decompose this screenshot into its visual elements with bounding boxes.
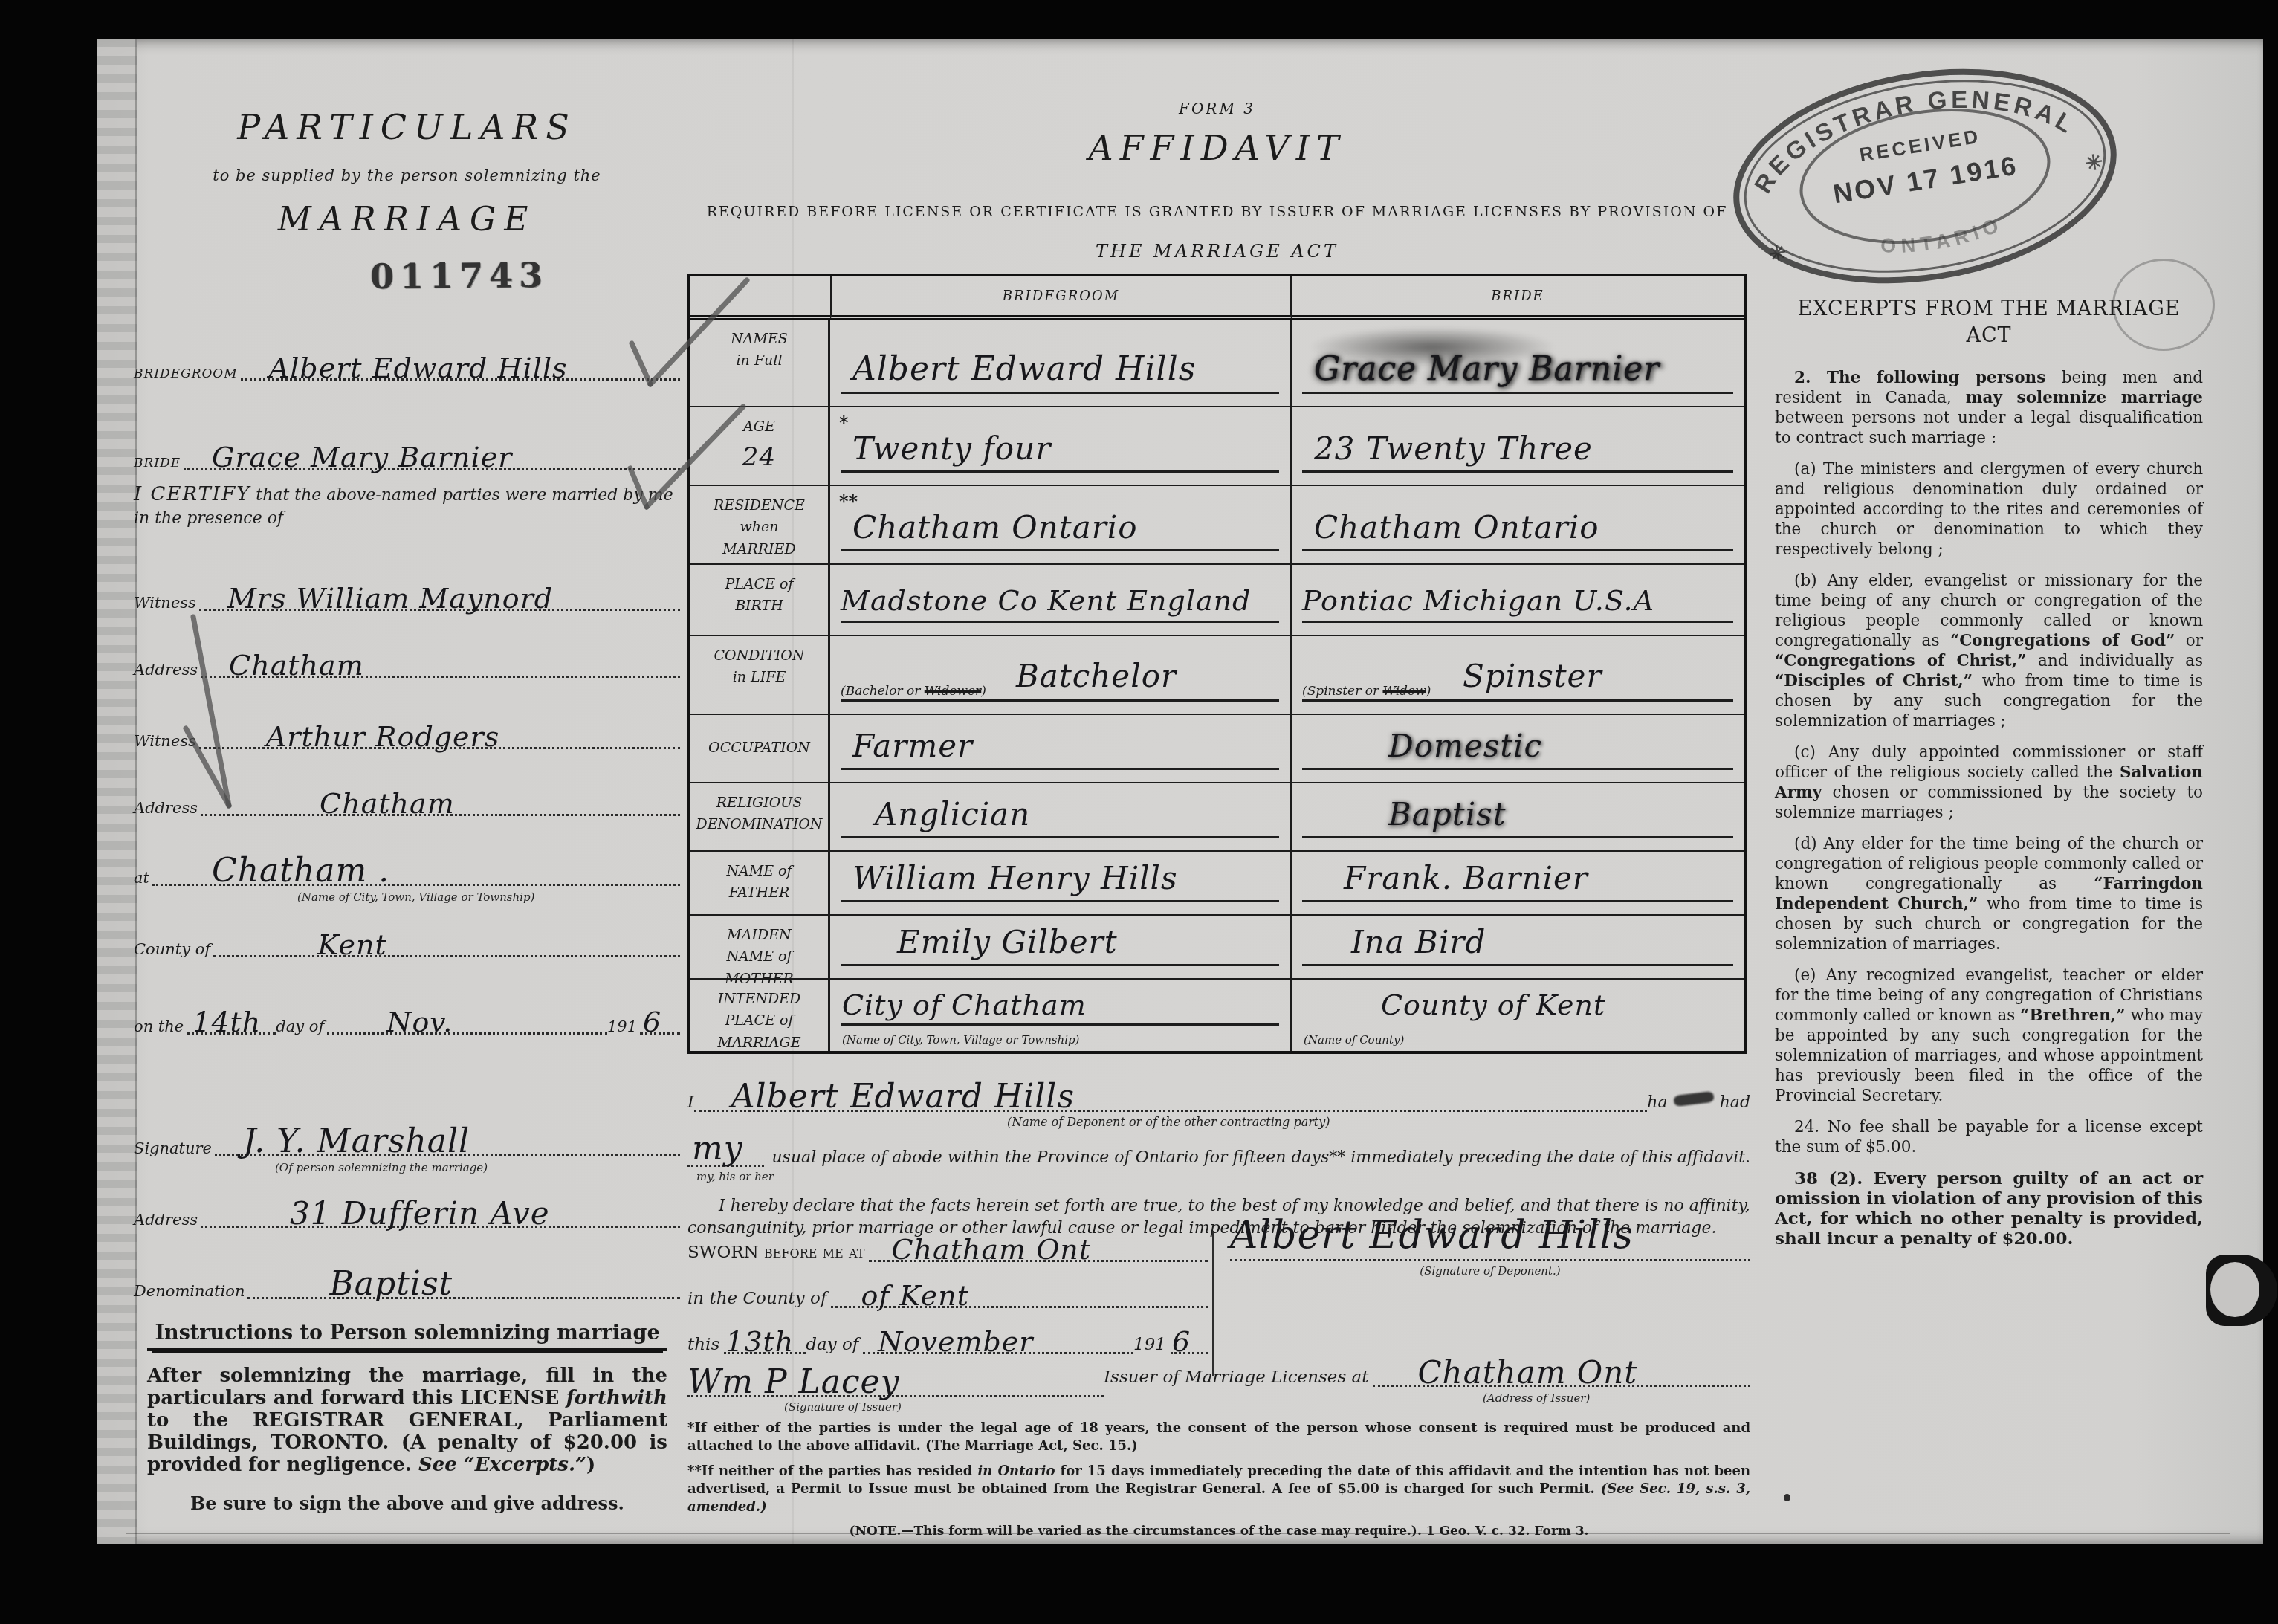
certify-statement: I CERTIFY that the above-named parties w… bbox=[134, 482, 680, 530]
pencil-stroke bbox=[632, 343, 650, 384]
certify-lead: I CERTIFY bbox=[134, 483, 250, 505]
at-label: at bbox=[134, 870, 152, 886]
bride-field: BRIDE Grace Mary Barnier bbox=[134, 434, 680, 470]
dotted-line: J. Y. Marshall bbox=[215, 1119, 680, 1156]
cell-residence-bridegroom: ** Chatham Ontario bbox=[830, 486, 1292, 565]
table-header-bridegroom: BRIDEGROOM bbox=[830, 276, 1292, 320]
dotted-line: Chatham . bbox=[152, 848, 680, 886]
pencil-stroke bbox=[630, 468, 647, 507]
handwritten-value: Albert Edward Hills bbox=[852, 350, 1196, 388]
denomination-label: Denomination bbox=[134, 1284, 247, 1299]
ink-scribble bbox=[1673, 1091, 1714, 1107]
cell-names-bridegroom: Albert Edward Hills bbox=[830, 320, 1292, 407]
witness1-label: Witness bbox=[134, 595, 199, 611]
year-handwritten: 6 bbox=[643, 1006, 661, 1038]
writing-line bbox=[841, 549, 1279, 551]
dotted-line: Wm P Lacey bbox=[687, 1355, 1104, 1397]
label-line: NAME of bbox=[726, 946, 792, 968]
label-line: CONDITION bbox=[714, 645, 805, 667]
dotted-line: 14th bbox=[187, 997, 276, 1035]
text-run: ) bbox=[1426, 684, 1431, 699]
pencil-checkmarks bbox=[617, 262, 766, 529]
cell-caption: (Name of City, Town, Village or Township… bbox=[842, 1033, 1079, 1046]
day-handwritten: 13th bbox=[725, 1325, 794, 1358]
dotted-line: November bbox=[863, 1312, 1133, 1354]
handwritten-value: County of Kent bbox=[1381, 989, 1605, 1021]
label-line: FATHER bbox=[729, 882, 790, 904]
dotted-line: Chatham bbox=[201, 640, 680, 678]
row-label-religion: RELIGIOUS DENOMINATION bbox=[690, 783, 830, 852]
label-line: INTENDED bbox=[718, 989, 801, 1010]
writing-line bbox=[1302, 392, 1733, 394]
abode-line: my usual place of abode within the Provi… bbox=[687, 1139, 1750, 1167]
month-handwritten: November bbox=[878, 1325, 1033, 1358]
cell-age-bridegroom: * Twenty four bbox=[830, 407, 1292, 486]
county-handwritten: Kent bbox=[317, 928, 387, 961]
label-line: BIRTH bbox=[735, 595, 783, 617]
label-line: DENOMINATION bbox=[696, 814, 823, 835]
row-label-condition: CONDITION in LIFE bbox=[690, 636, 830, 715]
label-line: RELIGIOUS bbox=[716, 792, 803, 814]
footnote-2: **If neither of the parties has resided … bbox=[687, 1463, 1750, 1516]
handwritten-value: Ina Bird bbox=[1351, 924, 1486, 960]
writing-line bbox=[841, 470, 1279, 473]
cell-birth-bridegroom: Madstone Co Kent England bbox=[830, 565, 1292, 636]
text-run: **If neither of the parties has resided bbox=[687, 1463, 977, 1479]
issuer-label: Issuer of Marriage Licenses at bbox=[1104, 1368, 1373, 1387]
handwritten-value: Madstone Co Kent England bbox=[841, 584, 1251, 617]
abode-printed-text: usual place of abode within the Province… bbox=[764, 1148, 1750, 1167]
text-run: forthwith bbox=[566, 1387, 667, 1409]
text-run: “Congregations of Christ,” bbox=[1775, 652, 2027, 670]
row-label-occupation: OCCUPATION bbox=[690, 715, 830, 783]
cell-caption: (Name of County) bbox=[1304, 1033, 1404, 1046]
cell-intended-bride: County of Kent (Name of County) bbox=[1292, 980, 1744, 1051]
pencil-stroke bbox=[650, 280, 747, 384]
deponent-signature: Albert Edward Hills bbox=[1230, 1213, 1634, 1258]
stamp-star-right: ✳ bbox=[2084, 150, 2105, 175]
at-handwritten: Chatham . bbox=[212, 852, 389, 890]
bridegroom-field-label: BRIDEGROOM bbox=[134, 368, 241, 381]
deponent-signature-area: Albert Edward Hills (Signature of Depone… bbox=[1230, 1213, 1750, 1278]
month-handwritten: Nov. bbox=[386, 1006, 453, 1038]
cell-mother-bride: Ina Bird bbox=[1292, 916, 1744, 980]
label-line: NAME of bbox=[726, 861, 792, 882]
row-label-mother: MAIDEN NAME of MOTHER bbox=[690, 916, 830, 980]
deponent-handwritten-name: Albert Edward Hills bbox=[731, 1078, 1075, 1116]
issuer-address-handwritten: Chatham Ont bbox=[1417, 1354, 1637, 1391]
pencil-stroke bbox=[647, 407, 743, 507]
issuer-address-line: Issuer of Marriage Licenses at Chatham O… bbox=[1104, 1345, 1750, 1387]
writing-line bbox=[1302, 900, 1733, 902]
instructions-body: After solemnizing the marriage, fill in … bbox=[147, 1365, 667, 1476]
punch-hole-inner bbox=[2210, 1262, 2259, 1317]
cell-age-bride: 23 Twenty Three bbox=[1292, 407, 1744, 486]
issuer-address-caption: (Address of Issuer) bbox=[1483, 1391, 1590, 1405]
dotted-line: Kent bbox=[213, 919, 680, 957]
handwritten-value: Batchelor bbox=[1016, 658, 1177, 694]
text-run: chosen or commissioned by the society to… bbox=[1775, 783, 2203, 822]
at-field: at Chatham . bbox=[134, 850, 680, 886]
serial-number-stamp: 011743 bbox=[370, 255, 549, 297]
handwritten-value: Pontiac Michigan U.S.A bbox=[1302, 584, 1654, 617]
writing-line bbox=[841, 621, 1279, 623]
writing-line bbox=[841, 768, 1279, 770]
footnotes-block: *If either of the parties is under the l… bbox=[687, 1420, 1750, 1539]
cell-condition-bridegroom: (Bachelor or Widower) Batchelor bbox=[830, 636, 1292, 715]
label-line: MAIDEN bbox=[727, 925, 791, 946]
cell-occupation-bridegroom: Farmer bbox=[830, 715, 1292, 783]
address2-handwritten: Chatham bbox=[320, 787, 455, 820]
cell-mother-bridegroom: Emily Gilbert bbox=[830, 916, 1292, 980]
date-field: on the 14th day of Nov. 191 6 bbox=[134, 999, 680, 1035]
marriage-act-line: THE MARRIAGE ACT bbox=[687, 241, 1747, 262]
this-label: this bbox=[687, 1335, 724, 1354]
text-run: “Disciples of Christ,” bbox=[1775, 672, 1973, 690]
address3-field: Address 31 Dufferin Ave bbox=[134, 1192, 680, 1228]
deponent-caption: (Name of Deponent or of the other contra… bbox=[1007, 1115, 1750, 1129]
excerpt-paragraph-2: 2. The following persons being men and r… bbox=[1775, 368, 2203, 448]
text-run: “Congregations of God” bbox=[1950, 632, 2175, 650]
torn-page-edge bbox=[97, 39, 137, 1544]
affidavit-title: AFFIDAVIT bbox=[687, 128, 1747, 168]
i-label: I bbox=[687, 1093, 694, 1112]
document-page: PARTICULARS to be supplied by the person… bbox=[97, 39, 2263, 1544]
address3-handwritten: 31 Dufferin Ave bbox=[290, 1195, 550, 1232]
signature-caption: (Of person solemnizing the marriage) bbox=[275, 1161, 488, 1174]
ha-had-segment: hahad bbox=[1647, 1093, 1750, 1112]
label-line: MARRIED bbox=[722, 539, 795, 560]
at-caption: (Name of City, Town, Village or Township… bbox=[297, 890, 534, 904]
witness2-handwritten: Arthur Rodgers bbox=[266, 720, 499, 753]
handwritten-value: Domestic bbox=[1388, 728, 1542, 764]
witness1-field: Witness Mrs William Maynord bbox=[134, 575, 680, 611]
printed-note: (Spinster or Widow) bbox=[1302, 684, 1431, 699]
text-run: between persons not under a legal disqua… bbox=[1775, 409, 2203, 447]
dotted-line: Chatham Ont bbox=[869, 1226, 1208, 1262]
address3-label: Address bbox=[134, 1212, 201, 1228]
text-run: (Bachelor or bbox=[841, 684, 925, 699]
excerpt-paragraph-a: (a) The ministers and clergymen of every… bbox=[1775, 459, 2203, 560]
county-field: County of Kent bbox=[134, 922, 680, 957]
stamp-star-left: ✳ bbox=[1767, 241, 1788, 266]
signature-label: Signature bbox=[134, 1141, 215, 1156]
issuer-signature-line: Wm P Lacey bbox=[687, 1357, 1104, 1397]
row-label-father: NAME of FATHER bbox=[690, 852, 830, 916]
dotted-line: Arthur Rodgers bbox=[199, 711, 680, 749]
dotted-line bbox=[1230, 1259, 1750, 1261]
cell-birth-bride: Pontiac Michigan U.S.A bbox=[1292, 565, 1744, 636]
writing-line bbox=[1302, 699, 1733, 702]
writing-line bbox=[1302, 549, 1733, 551]
handwritten-value: City of Chatham bbox=[842, 989, 1087, 1021]
county-label: County of bbox=[134, 942, 213, 957]
sworn-label: SWORN before me at bbox=[687, 1243, 869, 1262]
handwritten-value: Spinster bbox=[1463, 658, 1602, 694]
day-of-label: day of bbox=[276, 1019, 327, 1035]
writing-line bbox=[841, 964, 1279, 966]
ink-speck bbox=[1784, 1494, 1790, 1501]
denomination-field: Denomination Baptist bbox=[134, 1264, 680, 1299]
cell-residence-bride: Chatham Ontario bbox=[1292, 486, 1744, 565]
instructions-block: Instructions to Person solemnizing marri… bbox=[147, 1321, 667, 1514]
bride-handwritten-name: Grace Mary Barnier bbox=[212, 441, 512, 473]
excerpts-column: EXCERPTS FROM THE MARRIAGE ACT 2. The fo… bbox=[1775, 296, 2203, 1260]
sworn-county-line: in the County of of Kent bbox=[687, 1269, 1208, 1308]
my-his-her-caption: my, his or her bbox=[696, 1170, 1750, 1183]
issuer-signature-caption: (Signature of Issuer) bbox=[784, 1400, 1750, 1414]
dotted-line: Nov. bbox=[327, 997, 607, 1035]
county-handwritten: of Kent bbox=[861, 1279, 969, 1312]
dotted-line: Mrs William Maynord bbox=[199, 573, 680, 611]
row-label-intended: INTENDED PLACE of MARRIAGE bbox=[690, 980, 830, 1051]
handwritten-value: Farmer bbox=[852, 728, 973, 764]
sign-reminder: Be sure to sign the above and give addre… bbox=[147, 1492, 667, 1514]
text-run: or bbox=[2175, 632, 2203, 650]
year-prefix: 191 bbox=[607, 1019, 640, 1035]
excerpt-paragraph-e: (e) Any recognized evangelist, teacher o… bbox=[1775, 965, 2203, 1106]
cell-names-bride: Grace Mary Barnier bbox=[1292, 320, 1744, 407]
cell-occupation-bride: Domestic bbox=[1292, 715, 1744, 783]
bride-field-label: BRIDE bbox=[134, 457, 184, 470]
cell-father-bridegroom: William Henry Hills bbox=[830, 852, 1292, 916]
handwritten-value: William Henry Hills bbox=[852, 860, 1178, 896]
handwritten-value: Twenty four bbox=[852, 430, 1051, 467]
denomination-handwritten: Baptist bbox=[329, 1265, 453, 1303]
text-run: ha bbox=[1647, 1093, 1667, 1112]
text-run: had bbox=[1720, 1093, 1750, 1112]
writing-line bbox=[841, 1023, 1279, 1026]
table-header-bride: BRIDE bbox=[1292, 276, 1744, 320]
writing-line bbox=[841, 900, 1279, 902]
text-run: See “Excerpts.” bbox=[418, 1454, 586, 1476]
signature-field: Signature J. Y. Marshall bbox=[134, 1121, 680, 1156]
handwritten-value: Emily Gilbert bbox=[897, 924, 1118, 960]
dotted-line: Albert Edward Hills bbox=[694, 1071, 1648, 1112]
writing-line bbox=[841, 392, 1279, 394]
my-handwritten: my bbox=[692, 1130, 743, 1168]
form-number: FORM 3 bbox=[687, 100, 1747, 117]
marriage-title: MARRIAGE bbox=[134, 201, 680, 239]
cell-intended-bridegroom: City of Chatham (Name of City, Town, Vil… bbox=[830, 980, 1292, 1051]
handwritten-value: Chatham Ontario bbox=[852, 509, 1138, 546]
dotted-line: Albert Edward Hills bbox=[241, 343, 680, 381]
row-label-birth: PLACE of BIRTH bbox=[690, 565, 830, 636]
handwritten-value: Baptist bbox=[1388, 796, 1507, 832]
cell-religion-bride: Baptist bbox=[1292, 783, 1744, 852]
dotted-line: Chatham bbox=[201, 778, 680, 816]
pencil-checkmark-left bbox=[171, 611, 253, 834]
cell-father-bride: Frank. Barnier bbox=[1292, 852, 1744, 916]
sworn-block: SWORN before me at Chatham Ont in the Co… bbox=[687, 1228, 1750, 1421]
writing-line bbox=[841, 699, 1279, 702]
handwritten-value: 23 Twenty Three bbox=[1314, 430, 1593, 467]
sworn-at-line: SWORN before me at Chatham Ont bbox=[687, 1228, 1208, 1262]
label-line: OCCUPATION bbox=[708, 737, 810, 759]
handwritten-value: Anglician bbox=[875, 796, 1030, 832]
handwritten-value: Frank. Barnier bbox=[1344, 860, 1588, 896]
excerpt-paragraph-24: 24. No fee shall be payable for a licens… bbox=[1775, 1117, 2203, 1157]
excerpt-paragraph-38: 38 (2). Every person guilty of an act or… bbox=[1775, 1168, 2203, 1249]
county-label: in the County of bbox=[687, 1289, 831, 1308]
writing-line bbox=[841, 836, 1279, 838]
dotted-line: 6 bbox=[640, 997, 680, 1035]
instructions-title: Instructions to Person solemnizing marri… bbox=[147, 1321, 667, 1351]
dotted-line: Grace Mary Barnier bbox=[184, 432, 680, 470]
text-run: ) bbox=[981, 684, 986, 699]
text-run: 2. The following persons bbox=[1794, 369, 2062, 387]
day-handwritten: 14th bbox=[192, 1006, 261, 1038]
text-run: in Ontario bbox=[977, 1463, 1055, 1479]
label-line: in LIFE bbox=[733, 667, 786, 688]
cell-condition-bride: (Spinster or Widow) Spinster bbox=[1292, 636, 1744, 715]
asterisk-marker: * bbox=[839, 412, 849, 433]
handwritten-value: Chatham Ontario bbox=[1314, 509, 1599, 546]
registrar-general-received-stamp: REGISTRAR GENERAL RECEIVED NOV 17 1916 O… bbox=[1709, 31, 2141, 322]
handwritten-value: Grace Mary Barnier bbox=[1314, 350, 1660, 388]
struck-word: Widower bbox=[925, 684, 981, 699]
particulars-subtitle: to be supplied by the person solemnizing… bbox=[134, 166, 680, 184]
label-line: MARRIAGE bbox=[717, 1032, 800, 1054]
excerpt-paragraph-d: (d) Any elder for the time being of the … bbox=[1775, 834, 2203, 954]
dotted-line: of Kent bbox=[831, 1267, 1208, 1308]
writing-line bbox=[1302, 621, 1733, 623]
dotted-line: Baptist bbox=[247, 1261, 680, 1299]
issuer-signature: Wm P Lacey bbox=[687, 1363, 900, 1401]
footnote-note: (NOTE.—This form will be varied as the c… bbox=[687, 1524, 1750, 1539]
particulars-title: PARTICULARS bbox=[134, 107, 680, 147]
dayof-label: day of bbox=[806, 1335, 863, 1354]
stamp-date-text: NOV 17 1916 bbox=[1831, 150, 2019, 210]
bridegroom-handwritten-name: Albert Edward Hills bbox=[269, 352, 568, 384]
cell-religion-bridegroom: Anglician bbox=[830, 783, 1292, 852]
writing-line bbox=[1302, 470, 1733, 473]
footnote-1: *If either of the parties is under the l… bbox=[687, 1420, 1750, 1455]
writing-line bbox=[1302, 768, 1733, 770]
label-line: PLACE of bbox=[725, 574, 793, 595]
punch-hole bbox=[2206, 1255, 2277, 1326]
dotted-line: 31 Dufferin Ave bbox=[201, 1190, 680, 1228]
scanned-marriage-affidavit: PARTICULARS to be supplied by the person… bbox=[0, 0, 2278, 1624]
text-run: (Spinster or bbox=[1302, 684, 1382, 699]
writing-line bbox=[1302, 964, 1733, 966]
text-run: “Brethren,” bbox=[2020, 1006, 2126, 1025]
struck-word: Widow bbox=[1382, 684, 1426, 699]
bridegroom-field: BRIDEGROOM Albert Edward Hills bbox=[134, 345, 680, 381]
text-run: may solemnize marriage bbox=[1966, 389, 2203, 407]
excerpt-paragraph-b: (b) Any elder, evangelist or missionary … bbox=[1775, 571, 2203, 731]
circular-impression bbox=[2112, 259, 2215, 351]
on-the-label: on the bbox=[134, 1019, 187, 1035]
dotted-line: my bbox=[687, 1139, 764, 1167]
deponent-line: I Albert Edward Hills hahad bbox=[687, 1073, 1750, 1112]
witness1-handwritten: Mrs William Maynord bbox=[227, 582, 553, 615]
label-line: PLACE of bbox=[725, 1010, 793, 1032]
printed-note: (Bachelor or Widower) bbox=[841, 684, 986, 699]
text-run: ) bbox=[586, 1454, 595, 1476]
sworn-at-handwritten: Chatham Ont bbox=[891, 1233, 1091, 1266]
dotted-line: 13th bbox=[724, 1312, 806, 1354]
deponent-signature-caption: (Signature of Deponent.) bbox=[1230, 1264, 1750, 1278]
affidavit-table: BRIDEGROOM BRIDE NAMES in Full Albert Ed… bbox=[687, 274, 1747, 1054]
excerpt-paragraph-c: (c) Any duly appointed commissioner or s… bbox=[1775, 743, 2203, 823]
solemnizer-signature: J. Y. Marshall bbox=[243, 1122, 470, 1160]
writing-line bbox=[1302, 836, 1733, 838]
text-run: and individually as bbox=[2027, 652, 2203, 670]
dotted-line: Chatham Ont bbox=[1373, 1343, 1750, 1387]
required-line: REQUIRED BEFORE LICENSE OR CERTIFICATE I… bbox=[687, 204, 1747, 220]
